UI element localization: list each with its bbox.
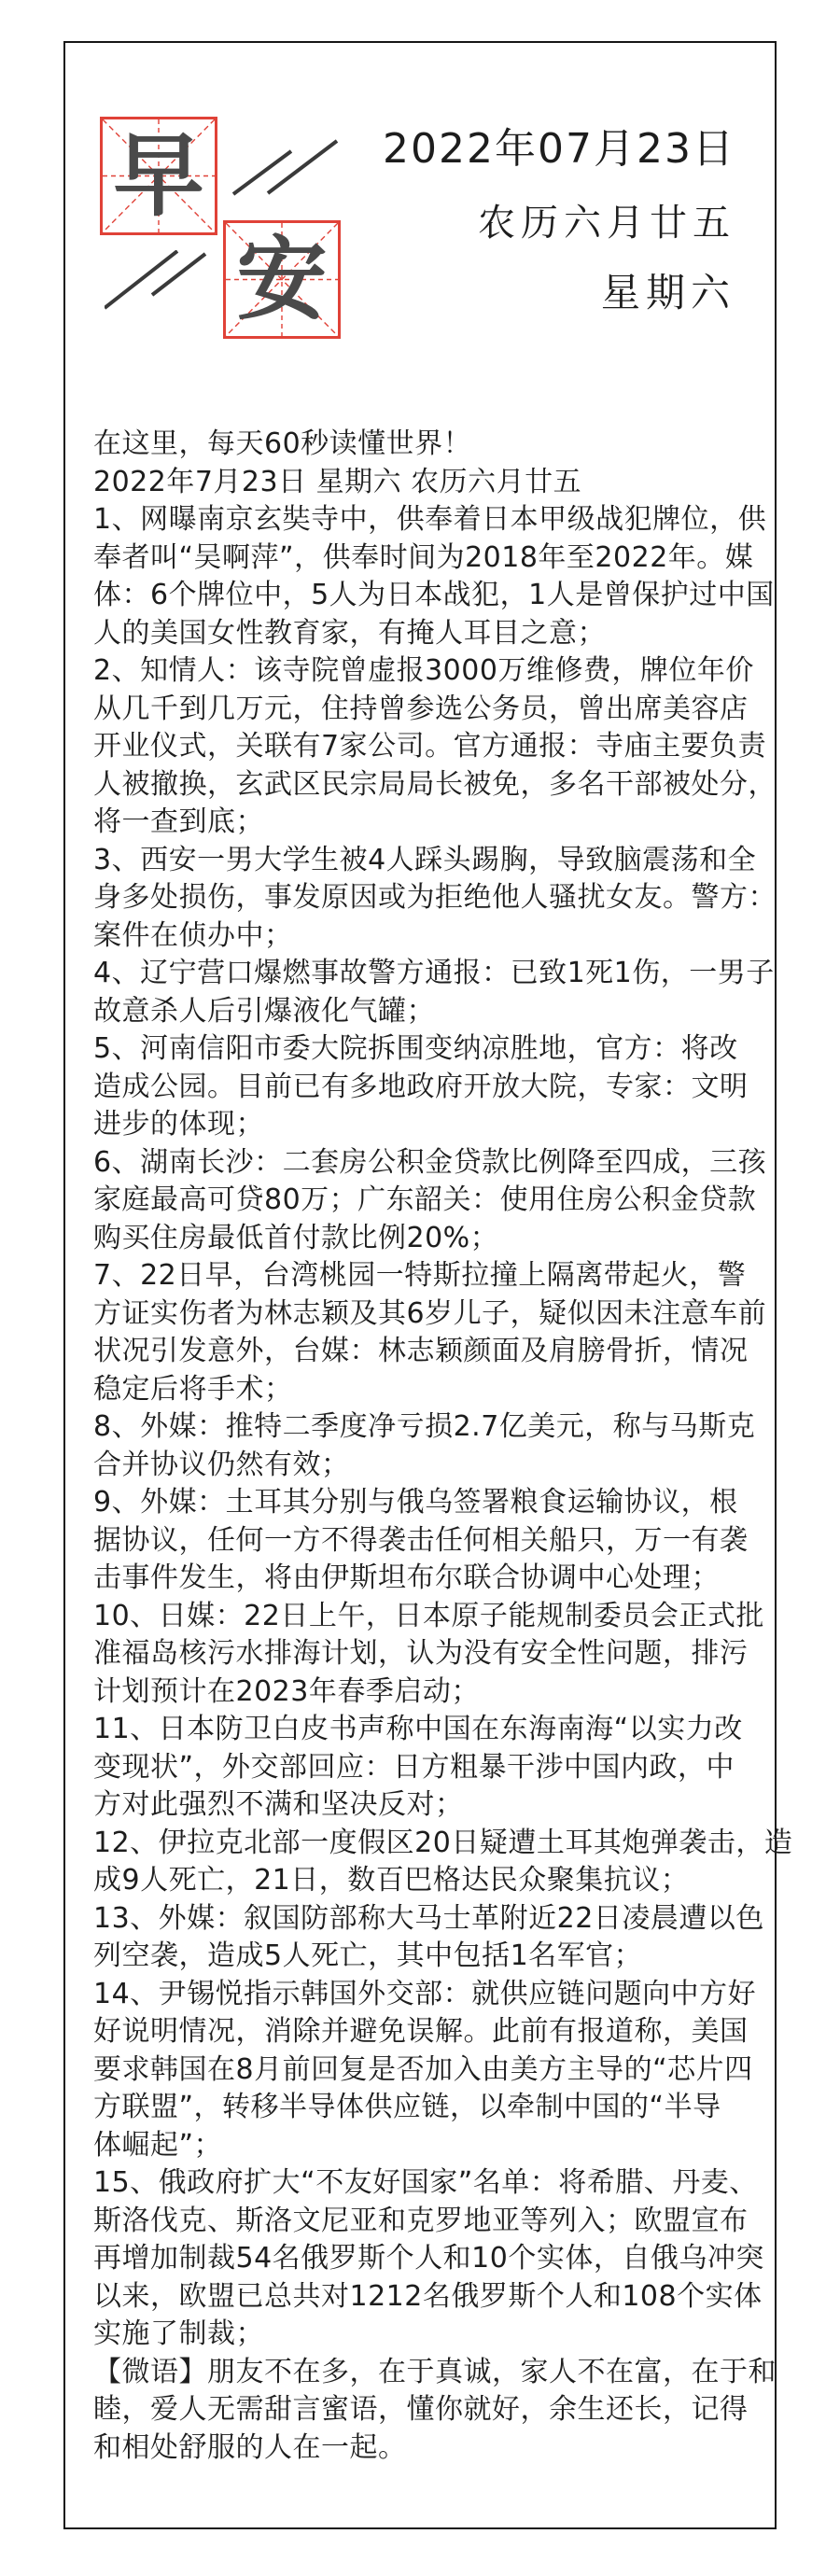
news-line: 将一查到底； — [93, 804, 758, 842]
news-line: 8、外媒：推特二季度净亏损2.7亿美元，称与马斯克 — [93, 1408, 758, 1447]
news-line: 购买住房最低首付款比例20%； — [93, 1220, 758, 1258]
news-line: 奉者叫“吴啊萍”，供奉时间为2018年至2022年。媒 — [93, 539, 758, 578]
news-line: 2022年7月23日 星期六 农历六月廿五 — [93, 464, 758, 502]
news-line: 方联盟”，转移半导体供应链，以牵制中国的“半导 — [93, 2089, 758, 2127]
news-line: 10、日媒：22日上午，日本原子能规制委员会正式批 — [93, 1598, 758, 1636]
zao-char-box: 早 — [100, 117, 217, 235]
news-line: 据协议，任何一方不得袭击任何相关船只，万一有袭 — [93, 1522, 758, 1561]
weekday: 星期六 — [383, 271, 735, 315]
slash-decoration-icon — [105, 250, 207, 310]
news-line: 在这里，每天60秒读懂世界！ — [93, 426, 758, 464]
an-character: 安 — [237, 234, 328, 325]
news-line: 家庭最高可贷80万；广东韶关：使用住房公积金贷款 — [93, 1182, 758, 1220]
news-line: 2、知情人：该寺院曾虚报3000万维修费，牌位年价 — [93, 652, 758, 691]
news-line: 方对此强烈不满和坚决反对； — [93, 1786, 758, 1825]
news-line: 准福岛核污水排海计划，认为没有安全性问题，排污 — [93, 1635, 758, 1673]
news-line: 变现状”，外交部回应：日方粗暴干涉中国内政，中 — [93, 1749, 758, 1787]
news-list: 在这里，每天60秒读懂世界！2022年7月23日 星期六 农历六月廿五1、网曝南… — [93, 426, 758, 2467]
news-line: 案件在侦办中； — [93, 917, 758, 956]
news-line: 1、网曝南京玄奘寺中，供奉着日本甲级战犯牌位，供 — [93, 501, 758, 539]
news-line: 15、俄政府扩大“不友好国家”名单：将希腊、丹麦、 — [93, 2164, 758, 2203]
news-line: 要求韩国在8月前回复是否加入由美方主导的“芯片四 — [93, 2051, 758, 2090]
news-line: 方证实伤者为林志颖及其6岁儿子，疑似因未注意车前 — [93, 1295, 758, 1334]
news-line: 体：6个牌位中，5人为日本战犯，1人是曾保护过中国 — [93, 577, 758, 615]
news-line: 14、尹锡悦指示韩国外交部：就供应链问题向中方好 — [93, 1976, 758, 2014]
news-line: 合并协议仍然有效； — [93, 1447, 758, 1485]
news-line: 和相处舒服的人在一起。 — [93, 2429, 758, 2468]
news-line: 以来，欧盟已总共对1212名俄罗斯个人和108个实体 — [93, 2278, 758, 2317]
news-line: 体崛起”； — [93, 2127, 758, 2165]
zao-character: 早 — [114, 131, 204, 221]
news-line: 7、22日早，台湾桃园一特斯拉撞上隔离带起火，警 — [93, 1257, 758, 1295]
news-line: 成9人死亡，21日，数百巴格达民众聚集抗议； — [93, 1862, 758, 1900]
news-line: 斯洛伐克、斯洛文尼亚和克罗地亚等列入；欧盟宣布 — [93, 2203, 758, 2241]
news-line: 身多处损伤，事发原因或为拒绝他人骚扰女友。警方： — [93, 879, 758, 917]
gregorian-date: 2022年07月23日 — [383, 125, 735, 174]
news-line: 5、河南信阳市委大院拆围变纳凉胜地，官方：将改 — [93, 1030, 758, 1069]
news-line: 13、外媒：叙国防部称大马士革附近22日凌晨遭以色 — [93, 1900, 758, 1939]
date-block: 2022年07月23日 农历六月廿五 星期六 — [383, 125, 735, 315]
news-line: 9、外媒：土耳其分别与俄乌签署粮食运输协议，根 — [93, 1484, 758, 1522]
news-line: 稳定后将手术； — [93, 1371, 758, 1409]
news-line: 击事件发生，将由伊斯坦布尔联合协调中心处理； — [93, 1560, 758, 1598]
lunar-date: 农历六月廿五 — [383, 202, 735, 245]
news-line: 状况引发意外，台媒：林志颖颜面及肩膀骨折，情况 — [93, 1333, 758, 1371]
news-line: 【微语】朋友不在多，在于真诚，家人不在富，在于和 — [93, 2354, 758, 2392]
news-line: 好说明情况，消除并避免误解。此前有报道称，美国 — [93, 2013, 758, 2051]
news-line: 进步的体现； — [93, 1106, 758, 1144]
an-char-box: 安 — [223, 220, 341, 339]
news-line: 11、日本防卫白皮书声称中国在东海南海“以实力改 — [93, 1711, 758, 1749]
news-line: 人的美国女性教育家，有掩人耳目之意； — [93, 615, 758, 653]
news-line: 睦，爱人无需甜言蜜语，懂你就好，余生还长，记得 — [93, 2391, 758, 2429]
good-morning-news-card: 早 安 2022年07月23日 农历六月廿五 星期六 在这里，每天60秒读懂世界… — [0, 0, 840, 2576]
news-line: 开业仪式，关联有7家公司。官方通报：寺庙主要负责 — [93, 728, 758, 766]
news-line: 造成公园。目前已有多地政府开放大院，专家：文明 — [93, 1069, 758, 1107]
slash-decoration-icon — [231, 136, 340, 196]
news-line: 4、辽宁营口爆燃事故警方通报：已致1死1伤，一男子 — [93, 955, 758, 993]
news-line: 再增加制裁54名俄罗斯个人和10个实体，自俄乌冲突 — [93, 2240, 758, 2278]
news-line: 计划预计在2023年春季启动； — [93, 1673, 758, 1712]
news-line: 从几千到几万元，住持曾参选公务员，曾出席美容店 — [93, 691, 758, 729]
news-line: 人被撤换，玄武区民宗局局长被免，多名干部被处分， — [93, 766, 758, 805]
news-line: 列空袭，造成5人死亡，其中包括1名军官； — [93, 1938, 758, 1976]
news-line: 12、伊拉克北部一度假区20日疑遭土耳其炮弹袭击，造 — [93, 1825, 758, 1863]
news-line: 实施了制裁； — [93, 2316, 758, 2354]
news-line: 6、湖南长沙：二套房公积金贷款比例降至四成，三孩 — [93, 1144, 758, 1183]
news-line: 3、西安一男大学生被4人踩头踢胸，导致脑震荡和全 — [93, 842, 758, 880]
news-line: 故意杀人后引爆液化气罐； — [93, 993, 758, 1031]
